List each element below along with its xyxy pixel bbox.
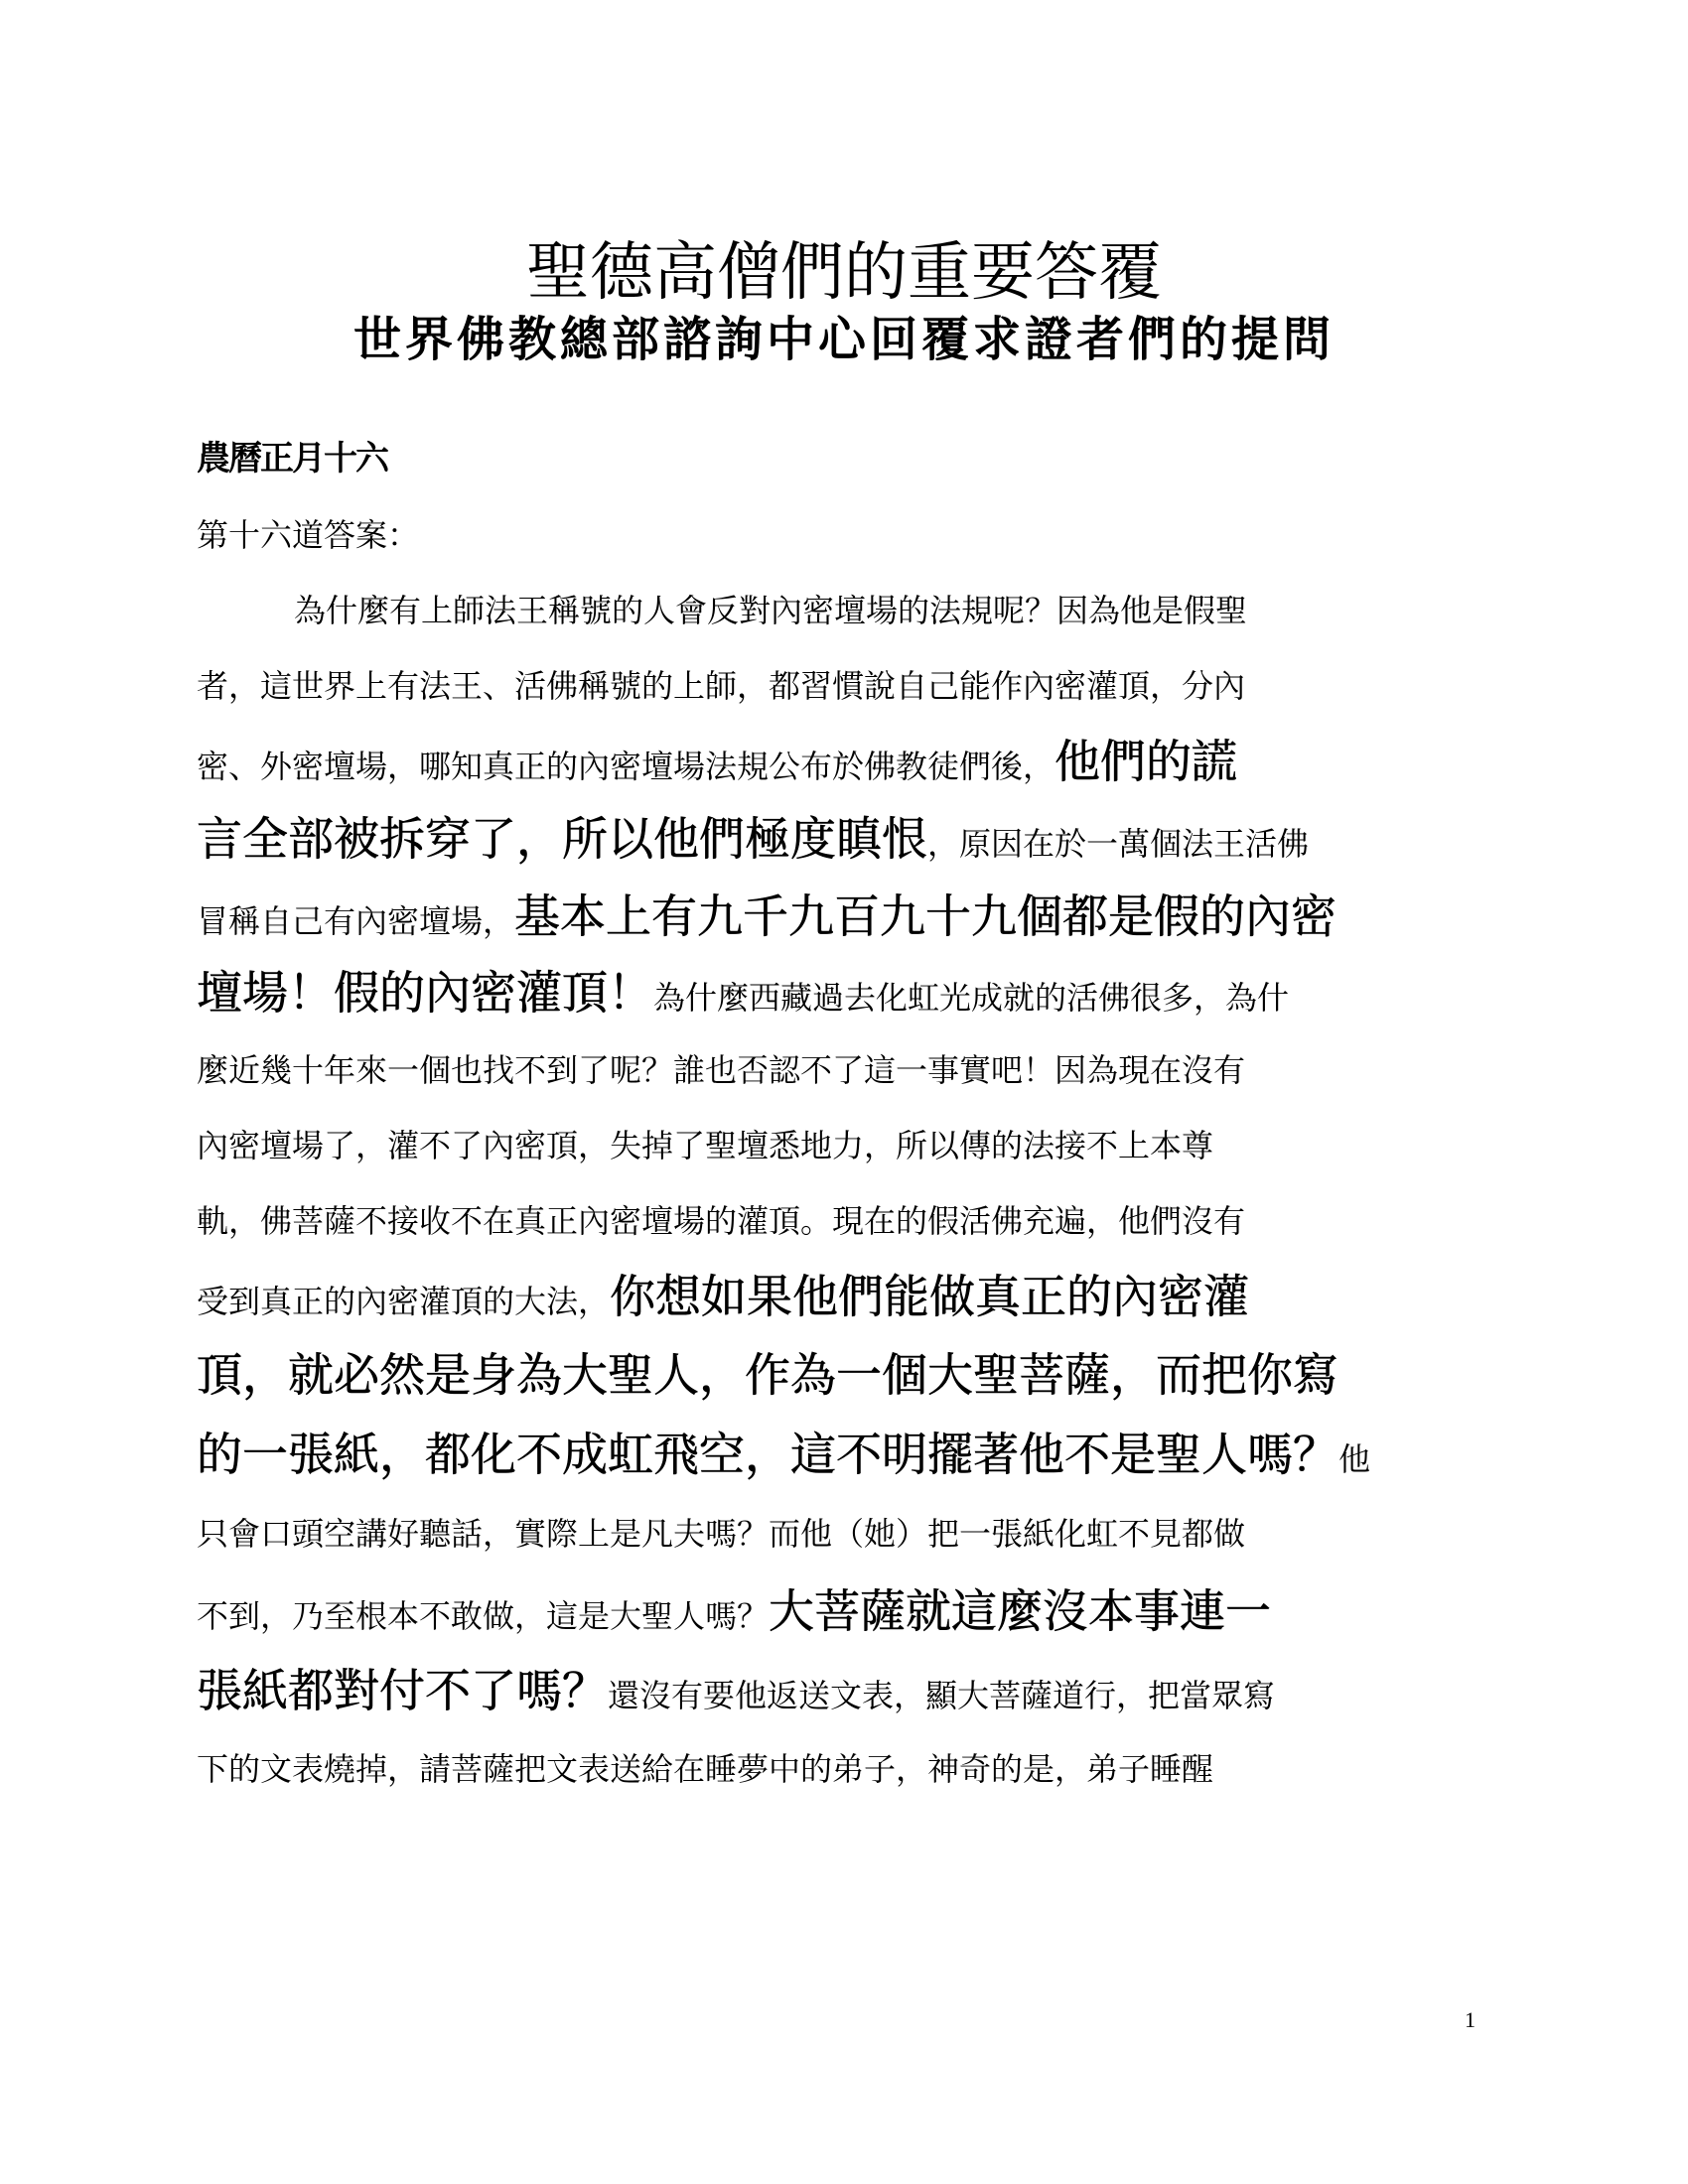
emphasis-segment: 的一張紙，都化不成虹飛空，這不明擺著他不是聖人嗎？ <box>197 1428 1338 1481</box>
text-segment: 只會口頭空講好聽話，實際上是凡夫嗎？而他（她）把一張紙化虹不見都做 <box>197 1515 1245 1553</box>
answer-label: 第十六道答案： <box>197 513 419 557</box>
text-line: 言全部被拆穿了，所以他們極度瞋恨，原因在於一萬個法王活佛 <box>197 809 1309 869</box>
date-heading: 農曆正月十六 <box>197 437 387 480</box>
text-segment: ，原因在於一萬個法王活佛 <box>927 825 1309 863</box>
text-segment: 受到真正的內密灌頂的大法， <box>197 1283 610 1320</box>
text-line: 為什麼有上師法王稱號的人會反對內密壇場的法規呢？因為他是假聖 <box>197 581 1247 640</box>
emphasis-segment: 基本上有九千九百九十九個都是假的內密 <box>514 889 1336 943</box>
text-line: 壇場！假的內密灌頂！為什麼西藏過去化虹光成就的活佛很多，為什 <box>197 963 1289 1023</box>
text-segment: 不到，乃至根本不敢做，這是大聖人嗎？ <box>197 1597 769 1635</box>
text-segment: 密、外密壇場，哪知真正的內密壇場法規公布於佛教徒們後， <box>197 748 1055 785</box>
text-segment: 下的文表燒掉，請菩薩把文表送給在睡夢中的弟子，神奇的是，弟子睡醒 <box>197 1750 1213 1788</box>
text-line: 下的文表燒掉，請菩薩把文表送給在睡夢中的弟子，神奇的是，弟子睡醒 <box>197 1739 1213 1799</box>
text-line: 不到，乃至根本不敢做，這是大聖人嗎？大菩薩就這麼沒本事連一 <box>197 1581 1271 1641</box>
emphasis-segment: 張紙都對付不了嗎？ <box>197 1664 608 1717</box>
text-line: 內密壇場了，灌不了內密頂，失掉了聖壇悉地力，所以傳的法接不上本尊 <box>197 1116 1213 1175</box>
text-segment: 者，這世界上有法王、活佛稱號的上師，都習慣說自己能作內密灌頂，分內 <box>197 667 1245 705</box>
emphasis-segment: 他們的謊 <box>1055 735 1237 788</box>
text-line: 密、外密壇場，哪知真正的內密壇場法規公布於佛教徒們後，他們的謊 <box>197 732 1237 791</box>
text-segment: 為什麼西藏過去化虹光成就的活佛很多，為什 <box>653 979 1289 1017</box>
emphasis-segment: 你想如果他們能做真正的內密灌 <box>610 1270 1249 1323</box>
page-number: 1 <box>1465 2005 1476 2035</box>
text-line: 麼近幾十年來一個也找不到了呢？誰也否認不了這一事實吧！因為現在沒有 <box>197 1040 1245 1100</box>
document-title: 聖德高僧們的重要答覆 <box>0 233 1688 313</box>
text-line: 只會口頭空講好聽話，實際上是凡夫嗎？而他（她）把一張紙化虹不見都做 <box>197 1504 1245 1564</box>
text-segment: 他 <box>1338 1440 1370 1478</box>
text-segment: 軌，佛菩薩不接收不在真正內密壇場的灌頂。現在的假活佛充遍，他們沒有 <box>197 1202 1245 1240</box>
text-line: 軌，佛菩薩不接收不在真正內密壇場的灌頂。現在的假活佛充遍，他們沒有 <box>197 1191 1245 1251</box>
text-segment: 為什麼有上師法王稱號的人會反對內密壇場的法規呢？因為他是假聖 <box>294 592 1247 629</box>
text-segment: 麼近幾十年來一個也找不到了呢？誰也否認不了這一事實吧！因為現在沒有 <box>197 1051 1245 1089</box>
text-line: 頂，就必然是身為大聖人，作為一個大聖菩薩，而把你寫 <box>197 1345 1338 1405</box>
document-subtitle: 世界佛教總部諮詢中心回覆求證者們的提問 <box>0 310 1688 369</box>
text-segment: 冒稱自己有內密壇場， <box>197 902 514 940</box>
emphasis-segment: 大菩薩就這麼沒本事連一 <box>769 1584 1271 1638</box>
text-line: 張紙都對付不了嗎？還沒有要他返送文表，顯大菩薩道行，把當眾寫 <box>197 1661 1275 1720</box>
text-line: 的一張紙，都化不成虹飛空，這不明擺著他不是聖人嗎？他 <box>197 1425 1370 1484</box>
text-line: 者，這世界上有法王、活佛稱號的上師，都習慣說自己能作內密灌頂，分內 <box>197 656 1245 716</box>
emphasis-segment: 頂，就必然是身為大聖人，作為一個大聖菩薩，而把你寫 <box>197 1348 1338 1402</box>
emphasis-segment: 壇場！假的內密灌頂！ <box>197 966 653 1020</box>
emphasis-segment: 言全部被拆穿了，所以他們極度瞋恨 <box>197 812 927 866</box>
text-line: 冒稱自己有內密壇場，基本上有九千九百九十九個都是假的內密 <box>197 887 1336 946</box>
text-segment: 還沒有要他返送文表，顯大菩薩道行，把當眾寫 <box>608 1677 1275 1714</box>
text-segment: 內密壇場了，灌不了內密頂，失掉了聖壇悉地力，所以傳的法接不上本尊 <box>197 1127 1213 1164</box>
text-line: 受到真正的內密灌頂的大法，你想如果他們能做真正的內密灌 <box>197 1267 1249 1326</box>
